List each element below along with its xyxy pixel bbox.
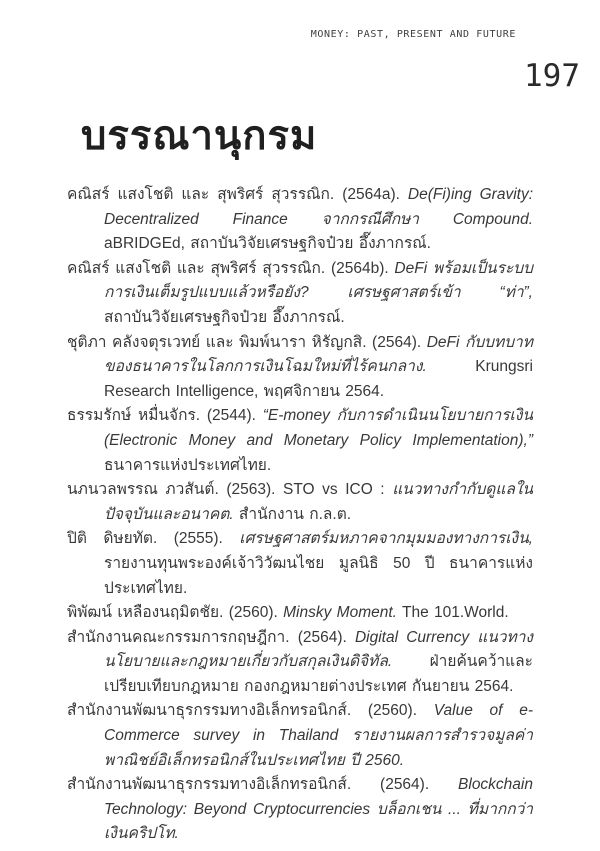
entry-segment: คณิสร์ แสงโชติ และ สุพริศร์ สุวรรณิก. (2… [67, 260, 394, 277]
entry-segment: รายงานทุนพระองค์เจ้าวิวัฒนไชย มูลนิธิ 50… [104, 555, 533, 597]
book-page: MONEY: PAST, PRESENT AND FUTURE 197 บรรณ… [0, 0, 600, 851]
entry-segment: สำนักงานพัฒนาธุรกรรมทางอิเล็กทรอนิกส์. (… [67, 702, 434, 719]
entry-segment: สำนักงานพัฒนาธุรกรรมทางอิเล็กทรอนิกส์. (… [67, 776, 458, 793]
entry-segment-italic: Minsky Moment. [283, 604, 397, 621]
bibliography-entry: คณิสร์ แสงโชติ และ สุพริศร์ สุวรรณิก. (2… [67, 257, 533, 331]
bibliography-entry: พิพัฒน์ เหลืองนฤมิตชัย. (2560). Minsky M… [67, 601, 533, 626]
entry-segment: นภนวลพรรณ ภวสันต์. (2563). STO vs ICO : [67, 481, 392, 498]
page-number: 197 [524, 56, 580, 96]
bibliography-entry: นภนวลพรรณ ภวสันต์. (2563). STO vs ICO : … [67, 478, 533, 527]
bibliography-list: คณิสร์ แสงโชติ และ สุพริศร์ สุวรรณิก. (2… [67, 183, 533, 847]
bibliography-entry: สำนักงานพัฒนาธุรกรรมทางอิเล็กทรอนิกส์. (… [67, 699, 533, 773]
running-header: MONEY: PAST, PRESENT AND FUTURE [311, 29, 516, 40]
entry-segment: aBRIDGEd, สถาบันวิจัยเศรษฐกิจป๋วย อึ๊งภา… [104, 235, 431, 252]
bibliography-entry: สำนักงานพัฒนาธุรกรรมทางอิเล็กทรอนิกส์. (… [67, 773, 533, 847]
bibliography-entry: สำนักงานคณะกรรมการกฤษฎีกา. (2564). Digit… [67, 626, 533, 700]
entry-segment: สถาบันวิจัยเศรษฐกิจป๋วย อึ๊งภากรณ์. [104, 309, 345, 326]
entry-segment: คณิสร์ แสงโชติ และ สุพริศร์ สุวรรณิก. (2… [67, 186, 408, 203]
entry-segment: สำนักงานคณะกรรมการกฤษฎีกา. (2564). [67, 629, 355, 646]
bibliography-entry: คณิสร์ แสงโชติ และ สุพริศร์ สุวรรณิก. (2… [67, 183, 533, 257]
bibliography-entry: ชุติภา คลังจตุรเวทย์ และ พิมพ์นารา หิรัญ… [67, 331, 533, 405]
bibliography-entry: ธรรมรักษ์ หมื่นจักร. (2544). “E-money กั… [67, 404, 533, 478]
entry-segment: พิพัฒน์ เหลืองนฤมิตชัย. (2560). [67, 604, 283, 621]
entry-segment: ธรรมรักษ์ หมื่นจักร. (2544). [67, 407, 263, 424]
entry-segment: ธนาคารแห่งประเทศไทย. [104, 457, 271, 474]
bibliography-entry: ปิติ ดิษยทัต. (2555). เศรษฐศาสตร์มหภาคจา… [67, 527, 533, 601]
entry-segment: ปิติ ดิษยทัต. (2555). [67, 530, 239, 547]
entry-segment-italic: เศรษฐศาสตร์มหภาคจากมุมมองทางการเงิน, [239, 530, 533, 547]
entry-segment: สำนักงาน ก.ล.ต. [234, 506, 352, 523]
entry-segment: ชุติภา คลังจตุรเวทย์ และ พิมพ์นารา หิรัญ… [67, 334, 427, 351]
page-title: บรรณานุกรม [81, 106, 317, 166]
entry-segment: The 101.World. [397, 604, 509, 621]
